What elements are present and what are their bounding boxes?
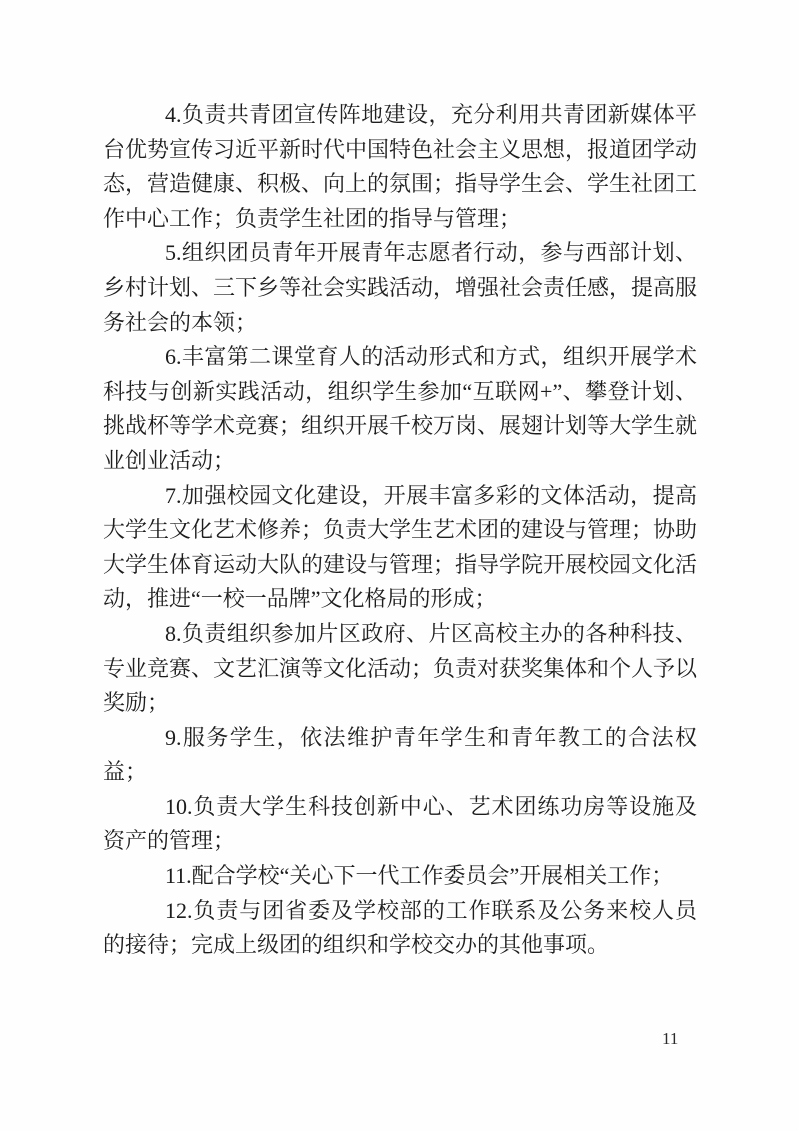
paragraph-item-10: 10.负责大学生科技创新中心、艺术团练功房等设施及资产的管理； xyxy=(103,790,697,859)
paragraph-item-7: 7.加强校园文化建设，开展丰富多彩的文体活动，提高大学生文化艺术修养；负责大学生… xyxy=(103,479,697,617)
page-number: 11 xyxy=(662,1029,678,1049)
paragraph-item-5: 5.组织团员青年开展青年志愿者行动，参与西部计划、乡村计划、三下乡等社会实践活动… xyxy=(103,236,697,340)
document-body: 4.负责共青团宣传阵地建设，充分利用共青团新媒体平台优势宣传习近平新时代中国特色… xyxy=(103,98,697,963)
paragraph-item-9: 9.服务学生，依法维护青年学生和青年教工的合法权益； xyxy=(103,721,697,790)
paragraph-item-4: 4.负责共青团宣传阵地建设，充分利用共青团新媒体平台优势宣传习近平新时代中国特色… xyxy=(103,98,697,236)
paragraph-item-8: 8.负责组织参加片区政府、片区高校主办的各种科技、专业竞赛、文艺汇演等文化活动；… xyxy=(103,617,697,721)
paragraph-item-6: 6.丰富第二课堂育人的活动形式和方式，组织开展学术科技与创新实践活动，组织学生参… xyxy=(103,340,697,478)
paragraph-item-12: 12.负责与团省委及学校部的工作联系及公务来校人员的接待；完成上级团的组织和学校… xyxy=(103,894,697,963)
document-page: 4.负责共青团宣传阵地建设，充分利用共青团新媒体平台优势宣传习近平新时代中国特色… xyxy=(0,0,799,1131)
paragraph-item-11: 11.配合学校“关心下一代工作委员会”开展相关工作； xyxy=(103,859,697,894)
